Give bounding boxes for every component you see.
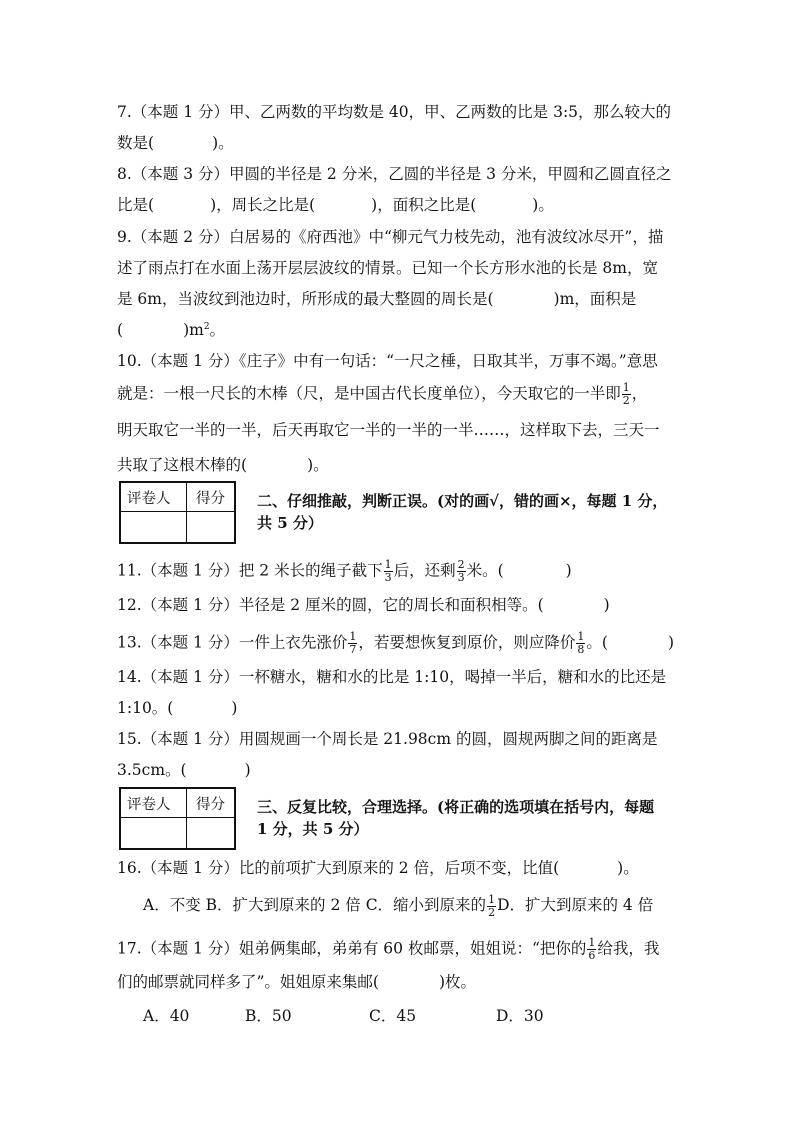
question-16-text: 16.（本题 1 分）比的前项扩大到原来的 2 倍，后项不变，比值(	[117, 859, 559, 877]
question-10-line-4: 共取了这根木棒的()。	[117, 455, 329, 475]
question-10-close: )。	[307, 456, 329, 474]
score-label: 得分	[196, 487, 225, 508]
question-10-comma: ，	[632, 385, 648, 403]
question-13-text: 13.（本题 1 分）一件上衣先涨价	[117, 634, 347, 652]
question-9-line-2: 述了雨点打在水面上荡开层层波纹的情景。已知一个长方形水池的长是 8m，宽	[117, 258, 658, 278]
question-15-line-2: 3.5cm。()	[117, 760, 251, 780]
fraction-one-half: 12	[487, 894, 496, 919]
question-8-text-a: 比是(	[117, 196, 154, 214]
question-11: 11.（本题 1 分）把 2 米长的绳子截下13后，还剩23米。()	[117, 559, 572, 584]
question-17-text-end: 给我，我	[597, 940, 659, 958]
question-9-line-1: 9.（本题 2 分）白居易的《府西池》中“柳元气力枝先动，池有波纹冰尽开”，描	[117, 227, 663, 247]
fraction-one-sixth: 16	[587, 937, 596, 962]
fraction-denominator: 8	[576, 644, 585, 656]
score-box-divider	[186, 483, 187, 542]
question-10-line-2: 就是：一根一尺长的木棒（尺，是中国古代长度单位），今天取它的一半即12，	[117, 382, 647, 407]
fraction-denominator: 7	[348, 644, 357, 656]
option-a[interactable]: A．40	[143, 1004, 189, 1026]
option-d[interactable]: D．30	[496, 1004, 544, 1026]
question-8-line-2: 比是()，周长之比是()，面积之比是()。	[117, 195, 554, 215]
question-17-line-1: 17.（本题 1 分）姐弟俩集邮，弟弟有 60 枚邮票，姐姐说：“把你的16给我…	[117, 937, 659, 962]
question-8-line-1: 8.（本题 3 分）甲圆的半径是 2 分米，乙圆的半径是 3 分米，甲圆和乙圆直…	[117, 164, 671, 184]
question-14-text: 1:10。(	[117, 699, 173, 717]
question-11-mid: 后，还剩	[394, 562, 456, 580]
section-3-heading-line-2: 1 分，共 5 分）	[257, 819, 369, 840]
option-b[interactable]: B．扩大到原来的 2 倍	[206, 896, 361, 914]
question-10-line-1: 10.（本题 1 分）《庄子》中有一句话：“一尺之棰，日取其半，万事不竭。”意思	[117, 351, 658, 371]
question-17-text-2: 们的邮票就同样多了”。姐姐原来集邮(	[117, 973, 379, 991]
question-9-text: 是 6m，当波纹到池边时，所形成的最大整圆的周长是(	[117, 290, 494, 308]
fraction-denominator: 2	[622, 395, 631, 407]
question-9-area-unit: )m	[183, 321, 204, 339]
question-9-end: 。	[210, 321, 226, 339]
section-3-heading-line-1: 三、反复比较，合理选择。(将正确的选项填在括号内，每题	[257, 797, 654, 818]
reviewer-label: 评卷人	[127, 487, 171, 508]
fraction-one-eighth: 18	[576, 631, 585, 656]
exam-page: 7.（本题 1 分）甲、乙两数的平均数是 40，甲、乙两数的比是 3:5，那么较…	[0, 0, 793, 1122]
option-a[interactable]: A．不变	[143, 896, 201, 914]
question-12-text: 12.（本题 1 分）半径是 2 厘米的圆，它的周长和面积相等。(	[117, 596, 544, 614]
question-10-text: 就是：一根一尺长的木棒（尺，是中国古代长度单位），今天取它的一半即	[117, 385, 621, 403]
question-13-mid: ，若要想恢复到原价，则应降价	[358, 634, 575, 652]
question-12-close: )	[604, 596, 610, 614]
question-7-line-1: 7.（本题 1 分）甲、乙两数的平均数是 40，甲、乙两数的比是 3:5，那么较…	[117, 102, 671, 122]
fraction-denominator: 3	[384, 572, 393, 584]
question-10-text-end: 共取了这根木棒的(	[117, 456, 247, 474]
section-2-heading-line-2: 共 5 分）	[257, 513, 323, 534]
score-cell[interactable]	[188, 818, 234, 848]
fraction-numerator: 1	[487, 894, 496, 907]
question-8-text-d: )。	[532, 196, 554, 214]
fraction-denominator: 6	[587, 950, 596, 962]
question-10-line-3: 明天取它一半的一半，后天再取它一半的一半的一半……，这样取下去，三天一	[117, 420, 660, 440]
fraction-one-seventh: 17	[348, 631, 357, 656]
question-9-text-unit: )m，面积是	[554, 290, 637, 308]
option-d[interactable]: D．扩大到原来的 4 倍	[497, 896, 653, 914]
score-box-section-2: 评卷人 得分	[119, 481, 236, 544]
question-11-close: )	[566, 562, 572, 580]
question-16-options: A．不变 B．扩大到原来的 2 倍 C．缩小到原来的12D．扩大到原来的 4 倍	[143, 893, 653, 919]
option-c[interactable]: C．缩小到原来的12	[366, 896, 497, 914]
score-cell[interactable]	[188, 512, 234, 542]
question-11-text: 11.（本题 1 分）把 2 米长的绳子截下	[117, 562, 383, 580]
question-16-close: )。	[617, 859, 639, 877]
question-9-paren: (	[117, 321, 123, 339]
question-9-line-4: ()m2。	[117, 320, 225, 340]
question-11-suffix: 米。(	[467, 562, 504, 580]
option-b[interactable]: B．50	[245, 1004, 292, 1026]
question-13-suffix: 。(	[586, 634, 608, 652]
reviewer-cell[interactable]	[121, 818, 185, 848]
score-box-divider	[186, 789, 187, 848]
question-12: 12.（本题 1 分）半径是 2 厘米的圆，它的周长和面积相等。()	[117, 595, 610, 615]
score-label: 得分	[196, 793, 225, 814]
question-8-text-c: )，面积之比是(	[371, 196, 476, 214]
question-15-text: 3.5cm。(	[117, 761, 187, 779]
question-17-line-2: 们的邮票就同样多了”。姐姐原来集邮()枚。	[117, 972, 476, 992]
reviewer-label: 评卷人	[127, 793, 171, 814]
question-15-close: )	[245, 761, 251, 779]
question-7-text: 数是(	[117, 134, 154, 152]
question-17-close: )枚。	[439, 973, 476, 991]
fraction-denominator: 2	[487, 907, 496, 919]
question-13: 13.（本题 1 分）一件上衣先涨价17，若要想恢复到原价，则应降价18。()	[117, 631, 674, 656]
question-7-line-2: 数是()。	[117, 133, 234, 153]
fraction-one-third: 13	[384, 559, 393, 584]
question-8-text-b: )，周长之比是(	[210, 196, 315, 214]
question-13-close: )	[668, 634, 674, 652]
option-c[interactable]: C．45	[369, 1004, 416, 1026]
score-box-section-3: 评卷人 得分	[119, 787, 236, 850]
section-2-heading-line-1: 二、仔细推敲，判断正误。(对的画√，错的画×，每题 1 分，	[257, 491, 667, 512]
question-14-line-2: 1:10。()	[117, 698, 237, 718]
question-16: 16.（本题 1 分）比的前项扩大到原来的 2 倍，后项不变，比值()。	[117, 858, 639, 878]
question-15-line-1: 15.（本题 1 分）用圆规画一个周长是 21.98cm 的圆，圆规两脚之间的距…	[117, 729, 657, 749]
question-17-text: 17.（本题 1 分）姐弟俩集邮，弟弟有 60 枚邮票，姐姐说：“把你的	[117, 940, 586, 958]
question-14-close: )	[231, 699, 237, 717]
fraction-denominator: 3	[457, 572, 466, 584]
fraction-two-thirds: 23	[457, 559, 466, 584]
question-9-line-3: 是 6m，当波纹到池边时，所形成的最大整圆的周长是()m，面积是	[117, 289, 636, 309]
option-c-text: C．缩小到原来的	[366, 896, 486, 914]
reviewer-cell[interactable]	[121, 512, 185, 542]
fraction-one-half: 12	[622, 382, 631, 407]
question-14-line-1: 14.（本题 1 分）一杯糖水，糖和水的比是 1:10，喝掉一半后，糖和水的比还…	[117, 667, 666, 687]
question-7-text-end: )。	[212, 134, 234, 152]
